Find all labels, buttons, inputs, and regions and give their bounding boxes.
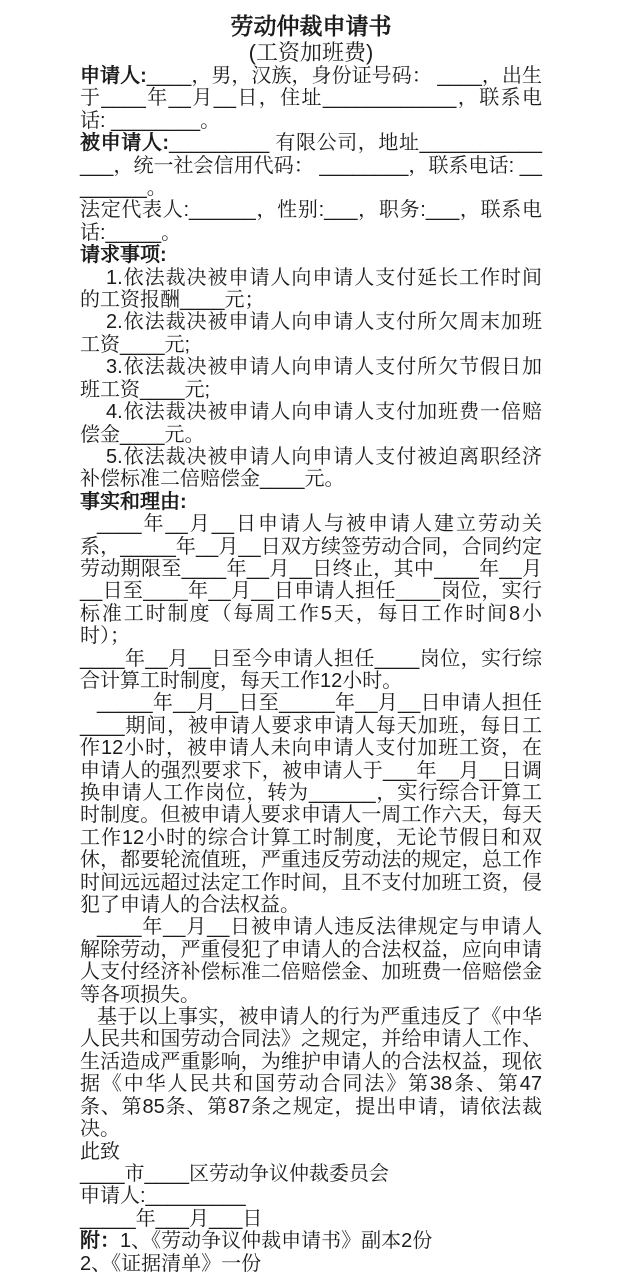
committee-line: ____市____区劳动争议仲裁委员会 [80,1163,542,1185]
claim-item-3: 3.依法裁决被申请人向申请人支付所欠节假日加班工资____元; [80,356,542,401]
claims-heading: 请求事项: [80,244,542,266]
doc-subtitle: (工资加班费) [80,40,542,65]
party-applicant-label: 申请人: [80,65,147,87]
document-page: 劳动仲裁申请书 (工资加班费) 申请人:____，男，汉族，身份证号码： ___… [0,0,626,1280]
party-applicant: 申请人:____，男，汉族，身份证号码： ____，出生于____年__月__日… [80,65,542,132]
signature-line: 申请人:_________ [80,1185,542,1207]
facts-heading: 事实和理由: [80,491,542,513]
claim-item-5: 5.依法裁决被申请人向申请人支付被迫离职经济补偿标准二倍赔偿金____元。 [80,446,542,491]
fact-paragraph-3: _____年__月__日至_____年__月__日申请人担任____期间，被申请… [80,692,542,916]
party-respondent: 被申请人:_________ 有限公司，地址______________，统一社… [80,132,542,199]
attachment-label: 附： [80,1230,120,1252]
attachment-item-1: 1、《劳动争议仲裁申请书》副本2份 [120,1230,432,1252]
doc-title: 劳动仲裁申请书 [80,12,542,40]
arbitration-application-document: 劳动仲裁申请书 (工资加班费) 申请人:____，男，汉族，身份证号码： ___… [0,0,626,1275]
fact-paragraph-4: ____年__月__日被申请人违反法律规定与申请人解除劳动，严重侵犯了申请人的合… [80,916,542,1006]
closing-salute: 此致 [80,1141,542,1163]
fact-paragraph-5: 基于以上事实，被申请人的行为严重违反了《中华人民共和国劳动合同法》之规定，并给申… [80,1006,542,1140]
party-respondent-label: 被申请人: [80,132,169,154]
party-applicant-text: ____，男，汉族，身份证号码： ____，出生于____年__月__日，住址_… [80,65,542,132]
attachment-item-2: 2、《证据清单》一份 [80,1253,542,1275]
claim-item-2: 2.依法裁决被申请人向申请人支付所欠周末加班工资____元; [80,311,542,356]
fact-paragraph-2: ____年__月__日至今申请人担任____岗位，实行综合计算工时制度，每天工作… [80,648,542,693]
attachment-line-1: 附：1、《劳动争议仲裁申请书》副本2份 [80,1230,542,1252]
claim-item-1: 1.依法裁决被申请人向申请人支付延长工作时间的工资报酬____元； [80,267,542,312]
party-legal-representative-text: 法定代表人:______，性别:___，职务:___，联系电话:_____。 [80,199,542,243]
party-legal-representative: 法定代表人:______，性别:___，职务:___，联系电话:_____。 [80,199,542,244]
claim-item-4: 4.依法裁决被申请人向申请人支付加班费一倍赔偿金____元。 [80,401,542,446]
date-line: _____年___月___日 [80,1208,542,1230]
fact-paragraph-1: ____年__月__日申请人与被申请人建立劳动关系，_____年__月__日双方… [80,513,542,647]
